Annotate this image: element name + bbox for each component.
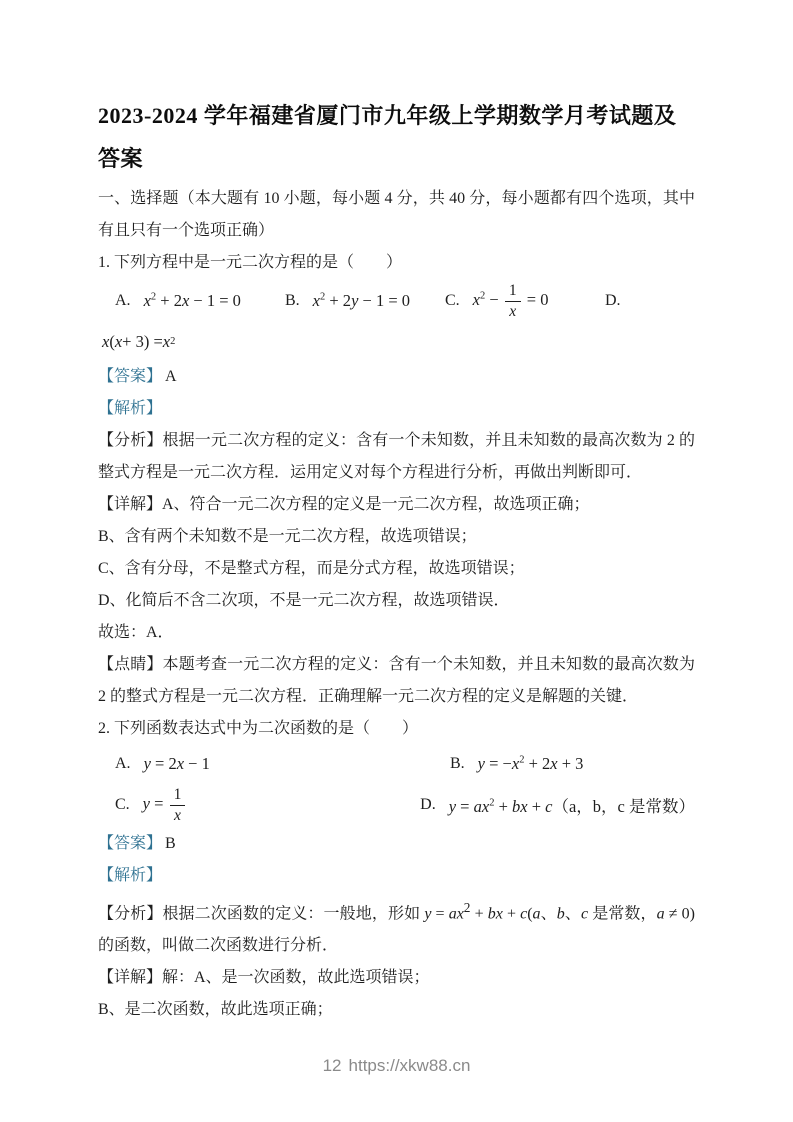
- q1-option-c-formula: x2 − 1x = 0: [473, 282, 549, 320]
- q2-option-c: C. y = 1x: [115, 786, 420, 824]
- footer-url: https://xkw88.cn: [349, 1056, 471, 1075]
- q1-option-b: B. x2 + 2y − 1 = 0: [285, 291, 445, 311]
- q1-conclusion: 故选：A．: [98, 617, 695, 649]
- q2-options-row-1: A. y = 2x − 1 B. y = −x2 + 2x + 3: [98, 745, 695, 782]
- q1-option-a: A. x2 + 2x − 1 = 0: [115, 291, 285, 311]
- q2-answer-value: B: [165, 835, 176, 852]
- q2-answer-label: 【答案】: [98, 835, 162, 852]
- q1-option-a-label: A.: [115, 292, 131, 310]
- q1-answer-value: A: [165, 368, 177, 385]
- q1-answer-label: 【答案】: [98, 368, 162, 385]
- q2-detail-line-1: 【详解】解：A、是一次函数，故此选项错误；: [98, 962, 695, 994]
- q2-analysis-label: 【解析】: [98, 867, 162, 884]
- q2-detail-line-2: B、是二次函数，故此选项正确；: [98, 994, 695, 1026]
- q1-stem: 1. 下列方程中是一元二次方程的是（ ）: [98, 247, 695, 279]
- q2-option-d-formula: y = ax2 + bx + c（a，b，c 是常数）: [449, 793, 695, 817]
- document-title: 2023-2024 学年福建省厦门市九年级上学期数学月考试题及 答案: [98, 94, 695, 180]
- q2-option-b: B. y = −x2 + 2x + 3: [450, 754, 583, 774]
- q1-option-b-label: B.: [285, 292, 300, 310]
- q1-analysis-label: 【解析】: [98, 400, 162, 417]
- title-line-1: 2023-2024 学年福建省厦门市九年级上学期数学月考试题及: [98, 94, 695, 137]
- q1-detail-line-4: D、化简后不含二次项，不是一元二次方程，故选项错误．: [98, 585, 695, 617]
- q1-answer-line: 【答案】A: [98, 361, 695, 393]
- q1-note: 【点睛】本题考查一元二次方程的定义：含有一个未知数，并且未知数的最高次数为 2 …: [98, 649, 695, 713]
- section-header: 一、选择题（本大题有 10 小题，每小题 4 分，共 40 分，每小题都有四个选…: [98, 183, 695, 247]
- page-footer: 12https://xkw88.cn: [0, 1056, 793, 1076]
- title-line-2: 答案: [98, 137, 695, 180]
- q1-option-d-label: D.: [605, 292, 621, 310]
- page-number: 12: [323, 1056, 342, 1075]
- q1-option-a-formula: x2 + 2x − 1 = 0: [144, 291, 241, 311]
- q2-option-b-formula: y = −x2 + 2x + 3: [478, 754, 584, 774]
- q2-option-c-label: C.: [115, 796, 130, 814]
- q2-option-b-label: B.: [450, 755, 465, 773]
- q2-options-row-2: C. y = 1x D. y = ax2 + bx + c（a，b，c 是常数）: [98, 782, 695, 828]
- q2-stem: 2. 下列函数表达式中为二次函数的是（ ）: [98, 713, 695, 745]
- q1-option-d-formula: x(x + 3) = x2: [98, 323, 695, 361]
- q1-option-c: C. x2 − 1x = 0: [445, 282, 605, 320]
- q2-option-a-label: A.: [115, 755, 131, 773]
- q2-analysis: 【分析】根据二次函数的定义：一般地，形如 y = ax2 + bx + c(a、…: [98, 892, 695, 962]
- q1-detail-line-3: C、含有分母，不是整式方程，而是分式方程，故选项错误；: [98, 553, 695, 585]
- q2-option-d-label: D.: [420, 796, 436, 814]
- q2-option-a: A. y = 2x − 1: [115, 754, 450, 774]
- q1-analysis: 【分析】根据一元二次方程的定义：含有一个未知数，并且未知数的最高次数为 2 的整…: [98, 425, 695, 489]
- document-page: 2023-2024 学年福建省厦门市九年级上学期数学月考试题及 答案 一、选择题…: [0, 0, 793, 1122]
- q2-option-d: D. y = ax2 + bx + c（a，b，c 是常数）: [420, 793, 695, 817]
- q2-answer-line: 【答案】B: [98, 828, 695, 860]
- q2-option-a-formula: y = 2x − 1: [144, 754, 210, 774]
- q1-option-c-label: C.: [445, 292, 460, 310]
- q1-detail-line-2: B、含有两个未知数不是一元二次方程，故选项错误；: [98, 521, 695, 553]
- document-content: 2023-2024 学年福建省厦门市九年级上学期数学月考试题及 答案 一、选择题…: [98, 94, 695, 1026]
- q2-option-c-formula: y = 1x: [143, 786, 188, 824]
- q1-analysis-header: 【解析】: [98, 393, 695, 425]
- q2-analysis-header: 【解析】: [98, 860, 695, 892]
- q1-options-row: A. x2 + 2x − 1 = 0 B. x2 + 2y − 1 = 0 C.…: [98, 279, 695, 323]
- q1-option-b-formula: x2 + 2y − 1 = 0: [313, 291, 410, 311]
- q1-detail-line-1: 【详解】A、符合一元二次方程的定义是一元二次方程，故选项正确；: [98, 489, 695, 521]
- q1-option-d: D.: [605, 292, 634, 310]
